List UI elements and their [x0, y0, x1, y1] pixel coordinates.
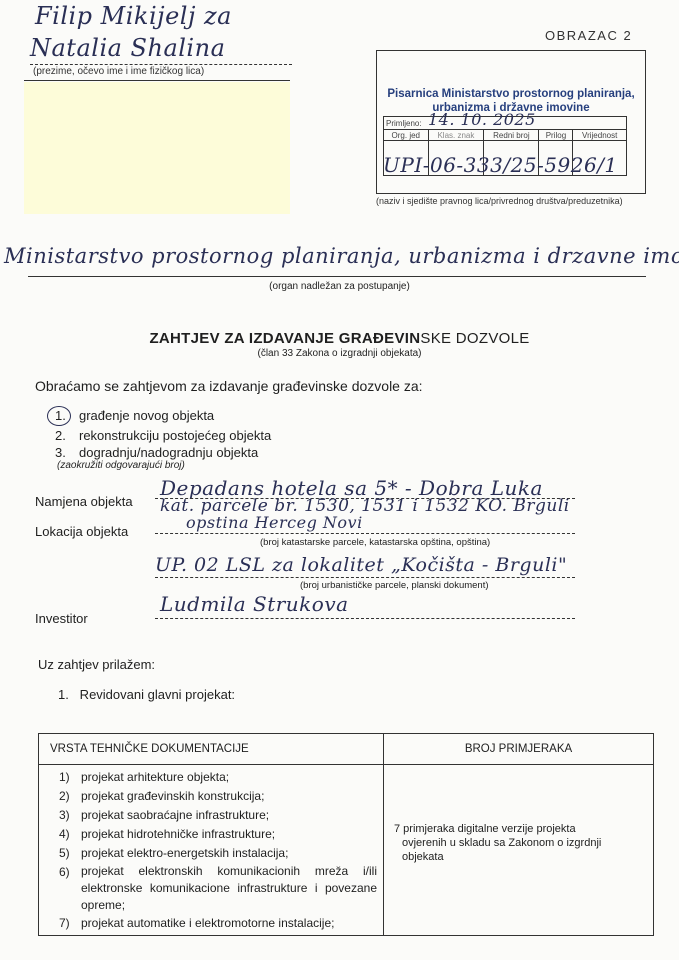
doc-item: 6)projekat elektronskih komunikacionih m… [59, 863, 377, 914]
organ-underline [28, 276, 646, 277]
attachment-item-main-project: 1. Revidovani glavni projekat: [58, 687, 235, 702]
title-regular: SKE DOZVOLE [420, 330, 529, 347]
doc-type-header: VRSTA TEHNIČKE DOKUMENTACIJE [39, 734, 384, 765]
option-extension[interactable]: 3.dogradnju/nadogradnju objekta [55, 445, 258, 460]
legal-entity-caption: (naziv i sjedište pravnog lica/privredno… [376, 196, 623, 206]
purpose-label: Namjena objekta [35, 494, 133, 509]
option-label: građenje novog objekta [79, 408, 214, 423]
doc-item: 2)projekat građevinskih konstrukcija; [59, 787, 377, 806]
stamp-col-vrijednost: Vrijednost [573, 130, 627, 141]
stamp-title-line1: Pisarnica Ministarstvo prostornog planir… [380, 87, 642, 101]
investor-label: Investitor [35, 611, 88, 626]
location-caption: (broj katastarske parcele, katastarska o… [260, 537, 490, 548]
stamp-col-klas: Klas. znak [428, 130, 484, 141]
doc-item: 3)projekat saobraćajne infrastrukture; [59, 806, 377, 825]
urban-parcel-field[interactable]: UP. 02 LSL za lokalitet „Kočišta - Brgul… [155, 554, 567, 576]
doc-item: 4)projekat hidrotehničke infrastrukture; [59, 825, 377, 844]
option-label: rekonstrukciju postojećeg objekta [79, 428, 271, 443]
stamp-registry-number: UPI-06-333/25-5926/1 [383, 153, 618, 177]
doc-item: 7)projekat automatike i elektromotorne i… [59, 914, 377, 933]
copies-line2: ovjerenih u skladu sa Zakonom o izgrdnji… [394, 836, 645, 864]
stamp-col-prilog: Prilog [539, 130, 573, 141]
attachments-intro: Uz zahtjev prilažem: [38, 657, 155, 672]
location-field-line2[interactable]: opstina Herceg Novi [186, 513, 363, 532]
applicant-name-underline [30, 64, 292, 65]
applicant-name-line1[interactable]: Filip Mikijelj za [35, 2, 232, 30]
copies-line1: 7 primjeraka digitalne verzije projekta [394, 822, 645, 836]
document-subtitle: (član 33 Zakona o izgradnji objekata) [0, 348, 679, 359]
technical-documentation-table: VRSTA TEHNIČKE DOKUMENTACIJE BROJ PRIMJE… [38, 733, 654, 936]
organ-caption: (organ nadležan za postupanje) [0, 281, 679, 292]
applicant-caption: (prezime, očevo ime i ime fizičkog lica) [33, 66, 204, 77]
copies-cell: 7 primjeraka digitalne verzije projekta … [384, 765, 654, 936]
urban-parcel-underline [155, 577, 575, 578]
option-label: dogradnju/nadogradnju objekta [79, 445, 258, 460]
organ-field[interactable]: Ministarstvo prostornog planiranja, urba… [4, 244, 679, 268]
stamp-col-redni: Redni broj [484, 130, 539, 141]
applicant-divider [24, 80, 290, 81]
location-underline [155, 533, 575, 534]
form-code: OBRAZAC 2 [545, 28, 632, 43]
investor-underline [155, 618, 575, 619]
urban-parcel-caption: (broj urbanističke parcele, planski doku… [300, 580, 489, 591]
option-number: 1. [55, 408, 79, 423]
document-title: ZAHTJEV ZA IZDAVANJE GRAĐEVINSKE DOZVOLE [0, 330, 679, 347]
request-intro: Obraćamo se zahtjevom za izdavanje građe… [35, 378, 423, 394]
doc-type-list: 1)projekat arhitekture objekta; 2)projek… [39, 765, 384, 936]
option-new-building[interactable]: 1.građenje novog objekta [55, 408, 214, 423]
stamp-received-date: 14. 10. 2025 [428, 110, 536, 129]
doc-item: 5)projekat elektro-energetskih instalaci… [59, 844, 377, 863]
copies-header: BROJ PRIMJERAKA [384, 734, 654, 765]
location-label: Lokacija objekta [35, 524, 128, 539]
option-reconstruction[interactable]: 2.rekonstrukciju postojećeg objekta [55, 428, 271, 443]
stamp-col-org: Org. jed [384, 130, 429, 141]
option-number: 2. [55, 428, 79, 443]
title-bold: ZAHTJEV ZA IZDAVANJE GRAĐEVIN [149, 330, 420, 347]
doc-item: 1)projekat arhitekture objekta; [59, 768, 377, 787]
circle-instruction: (zaokružiti odgovarajući broj) [57, 460, 185, 471]
redaction-sticky-note [24, 82, 290, 214]
applicant-name-line2[interactable]: Natalia Shalina [30, 34, 225, 62]
investor-field[interactable]: Ludmila Strukova [160, 592, 349, 616]
option-number: 3. [55, 445, 79, 460]
